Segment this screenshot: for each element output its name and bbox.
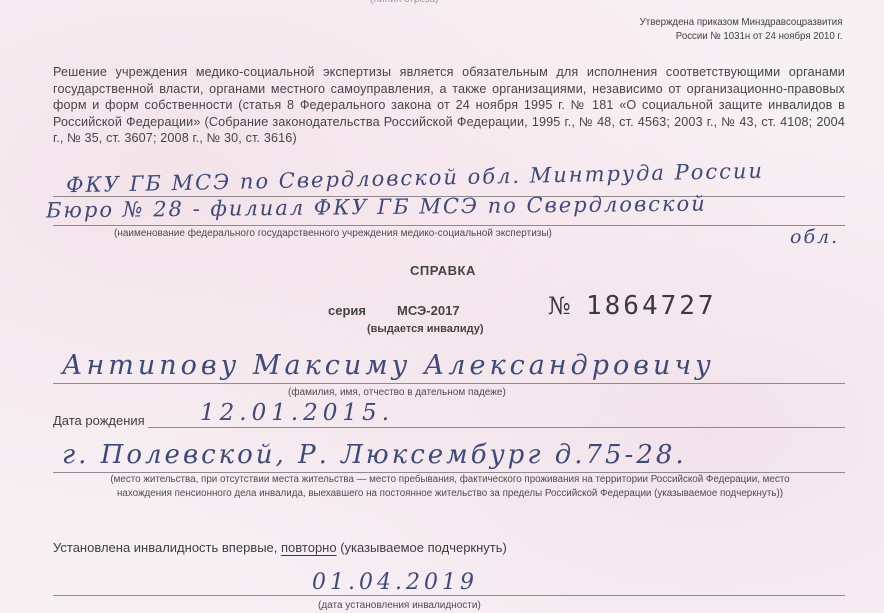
disability-date-handwritten: 01.04.2019 — [312, 570, 478, 595]
legal-intro-paragraph: Решение учреждения медико-социальной экс… — [53, 64, 845, 147]
birth-date-label: Дата рождения — [53, 413, 145, 428]
disability-label-prefix: Установлена инвалидность впервые, — [53, 540, 281, 555]
disability-label: Установлена инвалидность впервые, повтор… — [53, 540, 507, 555]
disability-label-suffix: (указываемое подчеркнуть) — [337, 540, 507, 555]
full-name-handwritten: Антипову Максиму Александровичу — [62, 350, 715, 381]
certificate-number: 1864727 — [586, 291, 717, 321]
approval-note: Утверждена приказом Минздравсоцразвития … — [639, 15, 842, 43]
birth-date-handwritten: 12.01.2015. — [200, 400, 394, 426]
address-caption: (место жительства, при отсутствии места … — [100, 473, 800, 500]
cut-line-note: (линия отреза) — [370, 0, 438, 5]
institution-caption: (наименование федерального государственн… — [114, 228, 552, 239]
series-value: МСЭ-2017 — [397, 303, 460, 318]
certificate-title: СПРАВКА — [410, 263, 476, 278]
institution-handwritten-3: обл. — [790, 226, 839, 248]
name-caption: (фамилия, имя, отчество в дательном паде… — [288, 387, 506, 398]
approval-line-1: Утверждена приказом Минздравсоцразвития — [639, 15, 842, 29]
number-sign: № — [548, 292, 571, 320]
issued-to-note: (выдается инвалиду) — [367, 323, 484, 335]
approval-line-2: России № 1031н от 24 ноября 2010 г. — [639, 29, 842, 43]
series-label: серия — [328, 303, 366, 318]
disability-date-caption: (дата установления инвалидности) — [318, 600, 481, 611]
address-handwritten: г. Полевской, Р. Люксембург д.75-28. — [62, 440, 687, 470]
disability-repeat-underlined: повторно — [281, 540, 337, 555]
